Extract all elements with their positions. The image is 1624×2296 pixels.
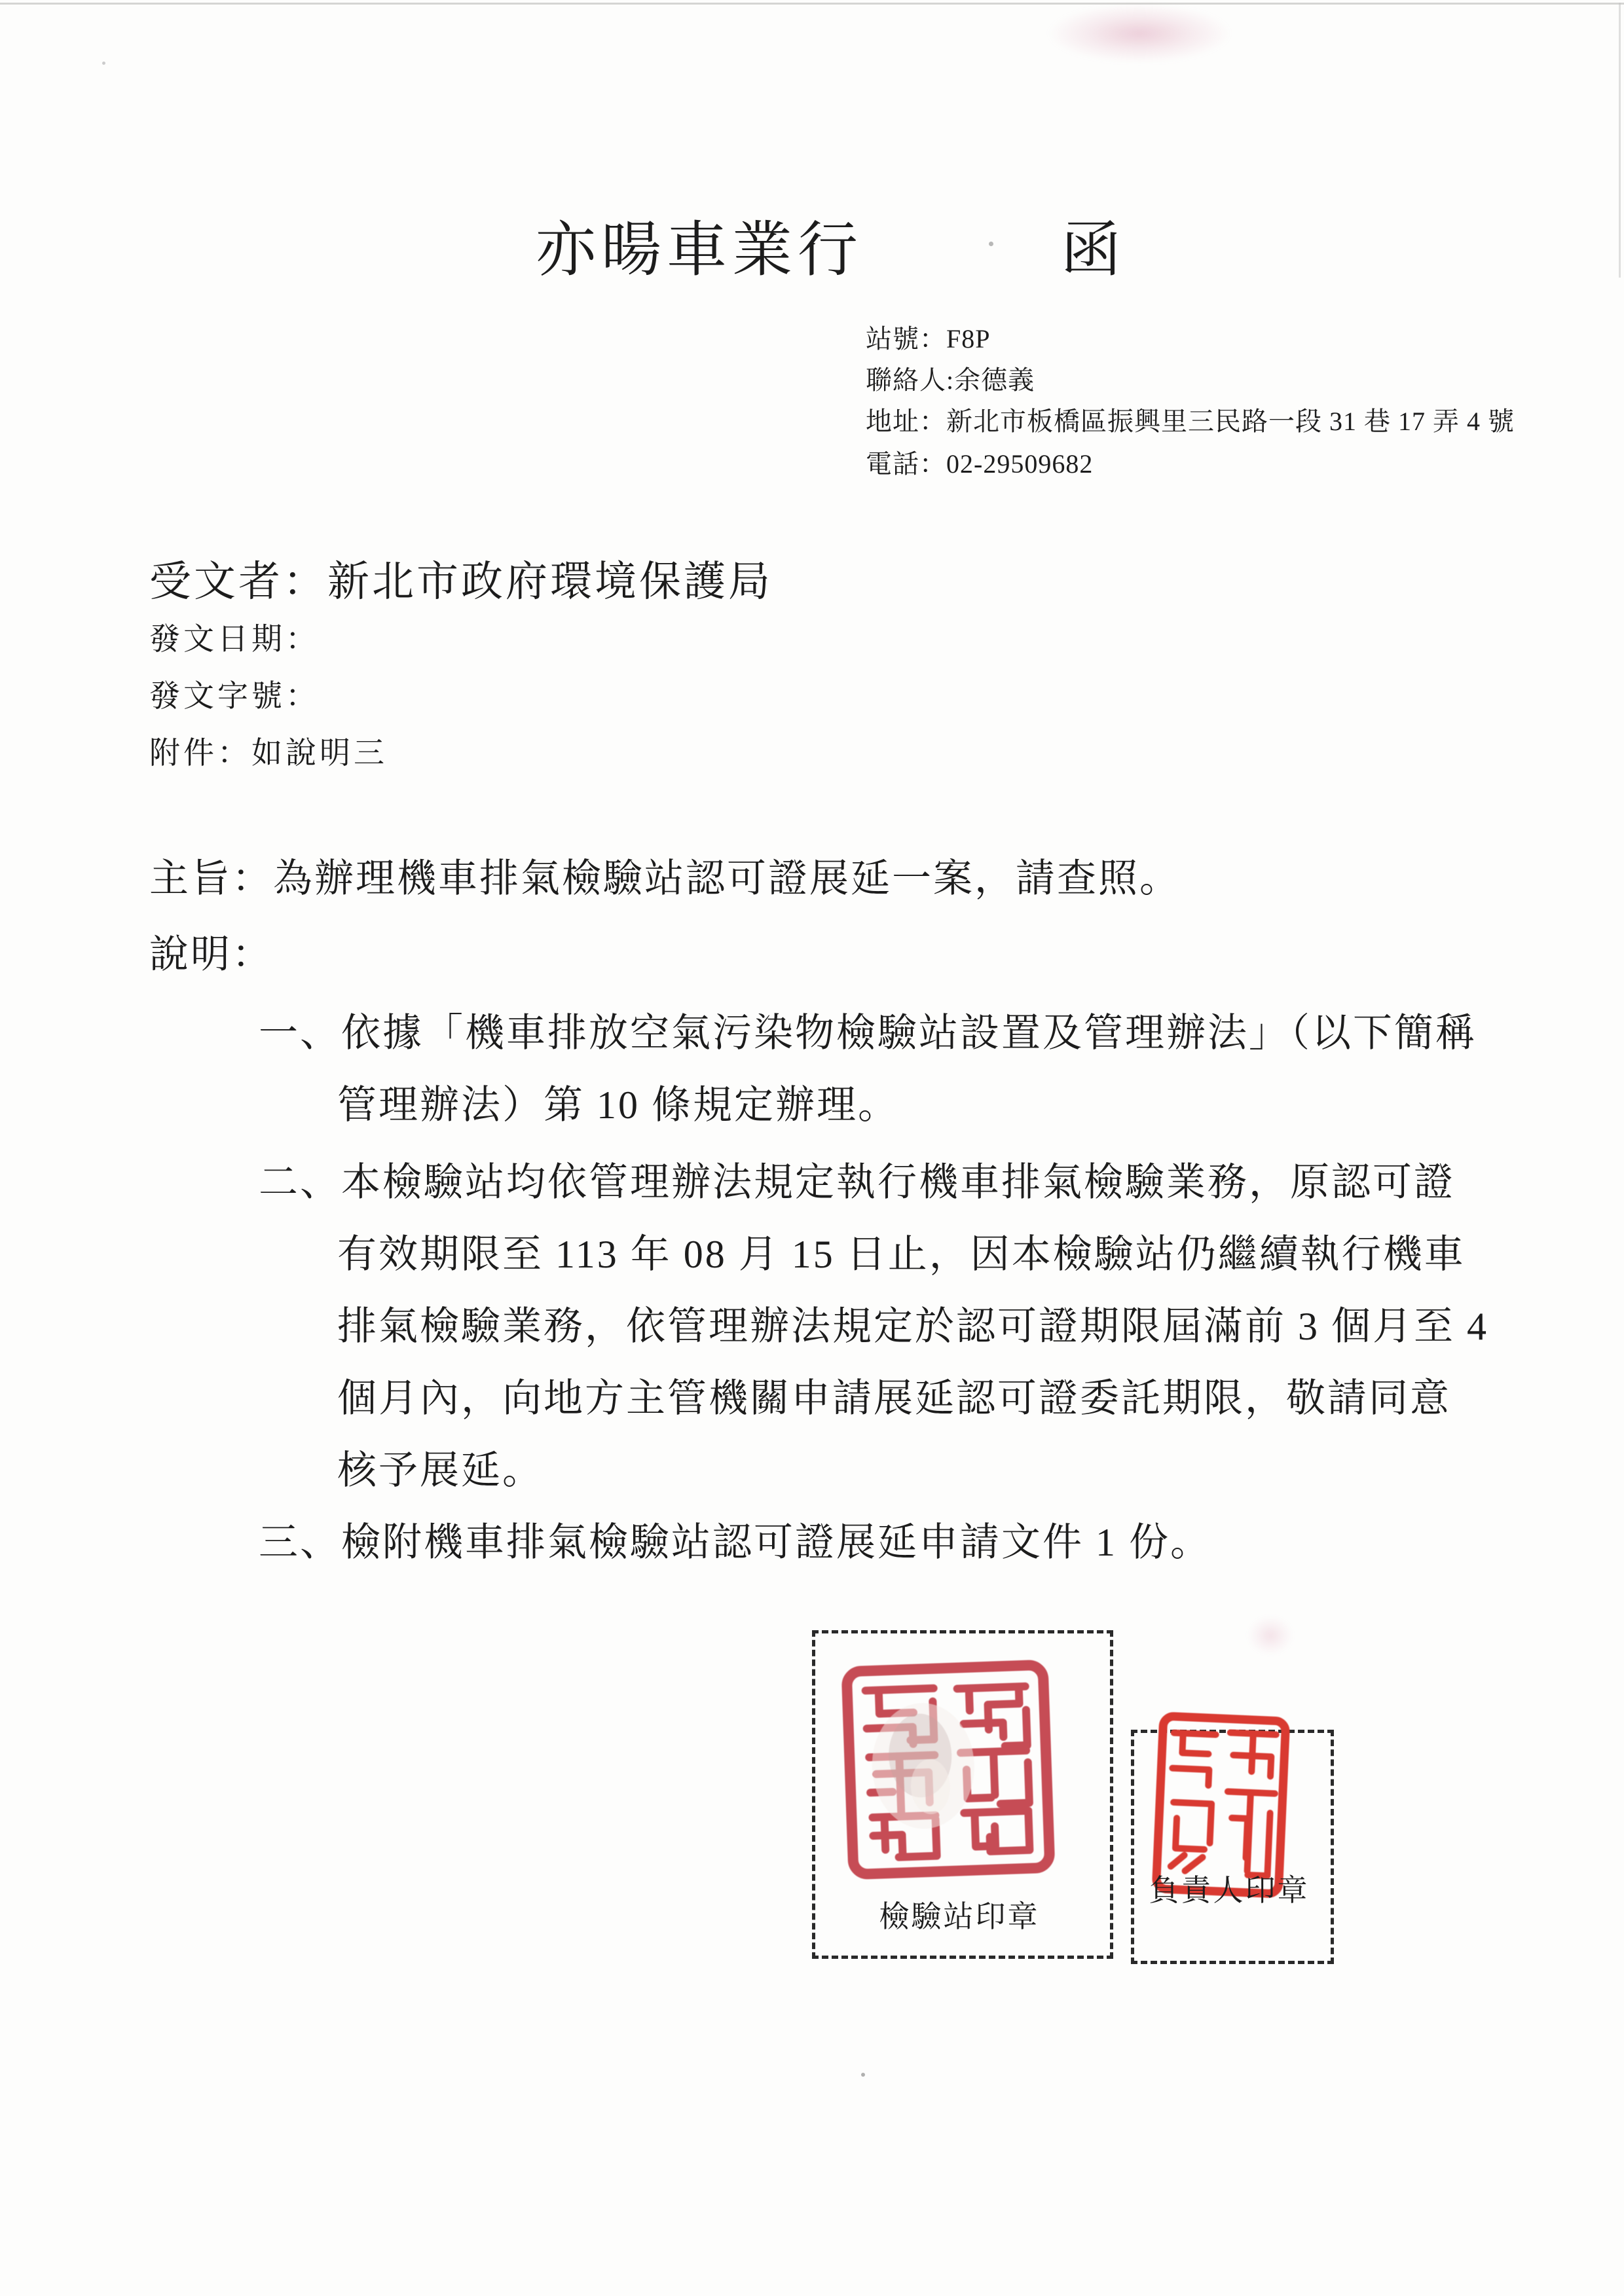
- item1-line1: 一、依據「機車排放空氣污染物檢驗站設置及管理辦法」（以下簡稱: [259, 1011, 1477, 1056]
- attachment-field: 附件：如說明三: [149, 736, 388, 771]
- scanned-letter-page: 亦暘車業行 函 站號：F8P 聯絡人:余德義 地址：新北市板橋區振興里三民路一段…: [0, 0, 1624, 2296]
- letter-title-doc-type: 函: [1061, 216, 1121, 285]
- sender-contact-person: 聯絡人:余德義: [866, 365, 1035, 395]
- item2-line1: 二、本檢驗站均依管理辦法規定執行機車排氣檢驗業務，原認可證: [259, 1160, 1455, 1205]
- explanation-label: 說明：: [149, 932, 273, 977]
- item3-line1: 三、檢附機車排氣檢驗站認可證展延申請文件 1 份。: [259, 1520, 1211, 1565]
- issue-number-field: 發文字號：: [149, 679, 320, 714]
- scan-edge-top: [0, 3, 1624, 5]
- issue-date-field: 發文日期：: [149, 622, 320, 657]
- subject-line: 主旨：為辦理機車排氣檢驗站認可證展延一案，請查照。: [149, 856, 1181, 902]
- scan-smudge-pink: [1048, 4, 1231, 63]
- letter-title-company: 亦暘車業行: [536, 216, 863, 285]
- scan-edge-right: [1619, 3, 1621, 278]
- scan-speck: [102, 62, 105, 65]
- sender-phone: 電話：02-29509682: [866, 449, 1093, 479]
- item2-line5: 核予展延。: [337, 1448, 544, 1493]
- item2-line4: 個月內，向地方主管機關申請展延認可證委託期限，敬請同意: [337, 1376, 1451, 1421]
- station-seal-caption: 檢驗站印章: [812, 1900, 1107, 1935]
- item2-line3: 排氣檢驗業務，依管理辦法規定於認可證期限屆滿前 3 個月至 4: [337, 1304, 1488, 1349]
- scan-speck: [989, 242, 993, 246]
- recipient-line: 受文者：新北市政府環境保護局: [149, 558, 773, 606]
- sender-address: 地址：新北市板橋區振興里三民路一段 31 巷 17 弄 4 號: [866, 407, 1515, 437]
- station-seal-stamp: [840, 1658, 1056, 1882]
- owner-seal-glyphs: [1168, 1730, 1277, 1876]
- item2-line2: 有效期限至 113 年 08 月 15 日止，因本檢驗站仍繼續執行機車: [337, 1232, 1466, 1277]
- scan-speck: [861, 2073, 865, 2077]
- scan-smudge-pink-small: [1247, 1616, 1293, 1655]
- owner-seal-stamp: [1150, 1710, 1292, 1901]
- owner-seal-caption: 負責人印章: [1131, 1874, 1327, 1908]
- item1-line2: 管理辦法）第 10 條規定辦理。: [337, 1083, 899, 1128]
- sender-station-number: 站號：F8P: [866, 324, 991, 354]
